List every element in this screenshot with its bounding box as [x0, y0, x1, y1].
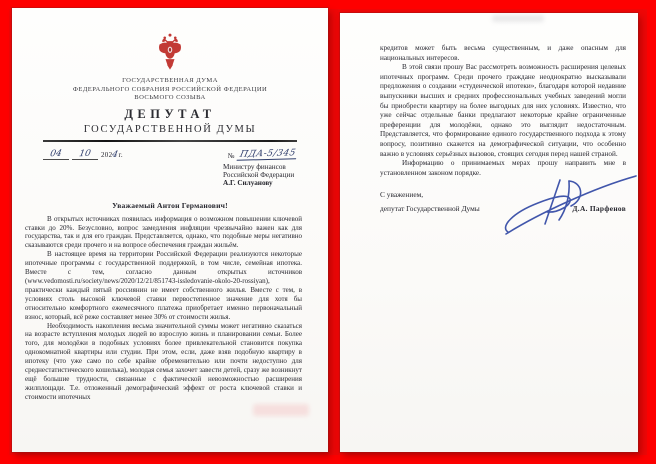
scanned-letter-on-red-background: ГОСУДАРСТВЕННАЯ ДУМА ФЕДЕРАЛЬНОГО СОБРАН… — [0, 0, 656, 464]
paragraph: В настоящее время на территории Российск… — [25, 250, 302, 321]
deputy-title: ДЕПУТАТ — [12, 107, 328, 122]
addressee-line-1: Министру финансов — [223, 163, 318, 171]
letterhead-org-lines: ГОСУДАРСТВЕННАЯ ДУМА ФЕДЕРАЛЬНОГО СОБРАН… — [12, 77, 328, 103]
addressee-name: А.Г. Силуанову — [223, 179, 318, 187]
state-duma-eagle-emblem-icon — [158, 33, 182, 71]
handwritten-number: ПДА-5/345 — [236, 148, 298, 161]
bleed-through-mark — [253, 404, 309, 416]
letter-body-page-1: В открытых источниках появилась информац… — [25, 215, 302, 402]
closing-regards: С уважением, — [380, 190, 626, 200]
deputy-subtitle: ГОСУДАРСТВЕННОЙ ДУМЫ — [12, 124, 328, 135]
paragraph: Необходимость накопления весьма значител… — [25, 322, 302, 402]
salutation: Уважаемый Антон Германович! — [12, 201, 328, 210]
handwritten-month: 10 — [78, 150, 91, 159]
letter-page-1: ГОСУДАРСТВЕННАЯ ДУМА ФЕДЕРАЛЬНОГО СОБРАН… — [12, 8, 328, 452]
closing-row: депутат Государственной Думы Д.А. Парфен… — [380, 204, 626, 214]
date-field: 04 10 2024г. — [43, 150, 123, 160]
letterhead: ГОСУДАРСТВЕННАЯ ДУМА ФЕДЕРАЛЬНОГО СОБРАН… — [12, 8, 328, 135]
date-day-blank: 04 — [43, 150, 69, 160]
paragraph: В открытых источниках появилась информац… — [25, 215, 302, 251]
org-line-1: ГОСУДАРСТВЕННАЯ ДУМА — [12, 77, 328, 86]
letter-body-page-2: кредитов может быть весьма существенным,… — [340, 13, 638, 178]
letter-page-2: кредитов может быть весьма существенным,… — [340, 13, 638, 452]
addressee-block: Министру финансов Российской Федерации А… — [223, 163, 318, 188]
paragraph: В этой связи прошу Вас рассмотреть возмо… — [380, 63, 626, 159]
handwritten-day: 04 — [49, 150, 62, 159]
closing-position: депутат Государственной Думы — [380, 204, 480, 214]
number-sign: № — [228, 152, 235, 160]
date-month-blank: 10 — [72, 150, 98, 160]
signer-name: Д.А. Парфенов — [572, 204, 626, 214]
paragraph: Информацию о принимаемых мерах прошу нап… — [380, 159, 626, 178]
org-line-3: ВОСЬМОГО СОЗЫВА — [12, 94, 328, 103]
addressee-line-2: Российской Федерации — [223, 171, 318, 179]
outgoing-number-field: № ПДА-5/345 — [228, 149, 297, 160]
letterhead-divider-rule — [43, 140, 297, 142]
date-number-row: 04 10 2024г. № ПДА-5/345 — [43, 146, 297, 160]
paragraph-continuation: кредитов может быть весьма существенным,… — [380, 44, 626, 63]
bleed-through-mark — [492, 15, 544, 22]
year-suffix: г. — [118, 151, 122, 159]
org-line-2: ФЕДЕРАЛЬНОГО СОБРАНИЯ РОССИЙСКОЙ ФЕДЕРАЦ… — [12, 86, 328, 95]
closing-block: С уважением, депутат Государственной Дум… — [380, 190, 626, 213]
date-year: 2024г. — [101, 150, 123, 160]
